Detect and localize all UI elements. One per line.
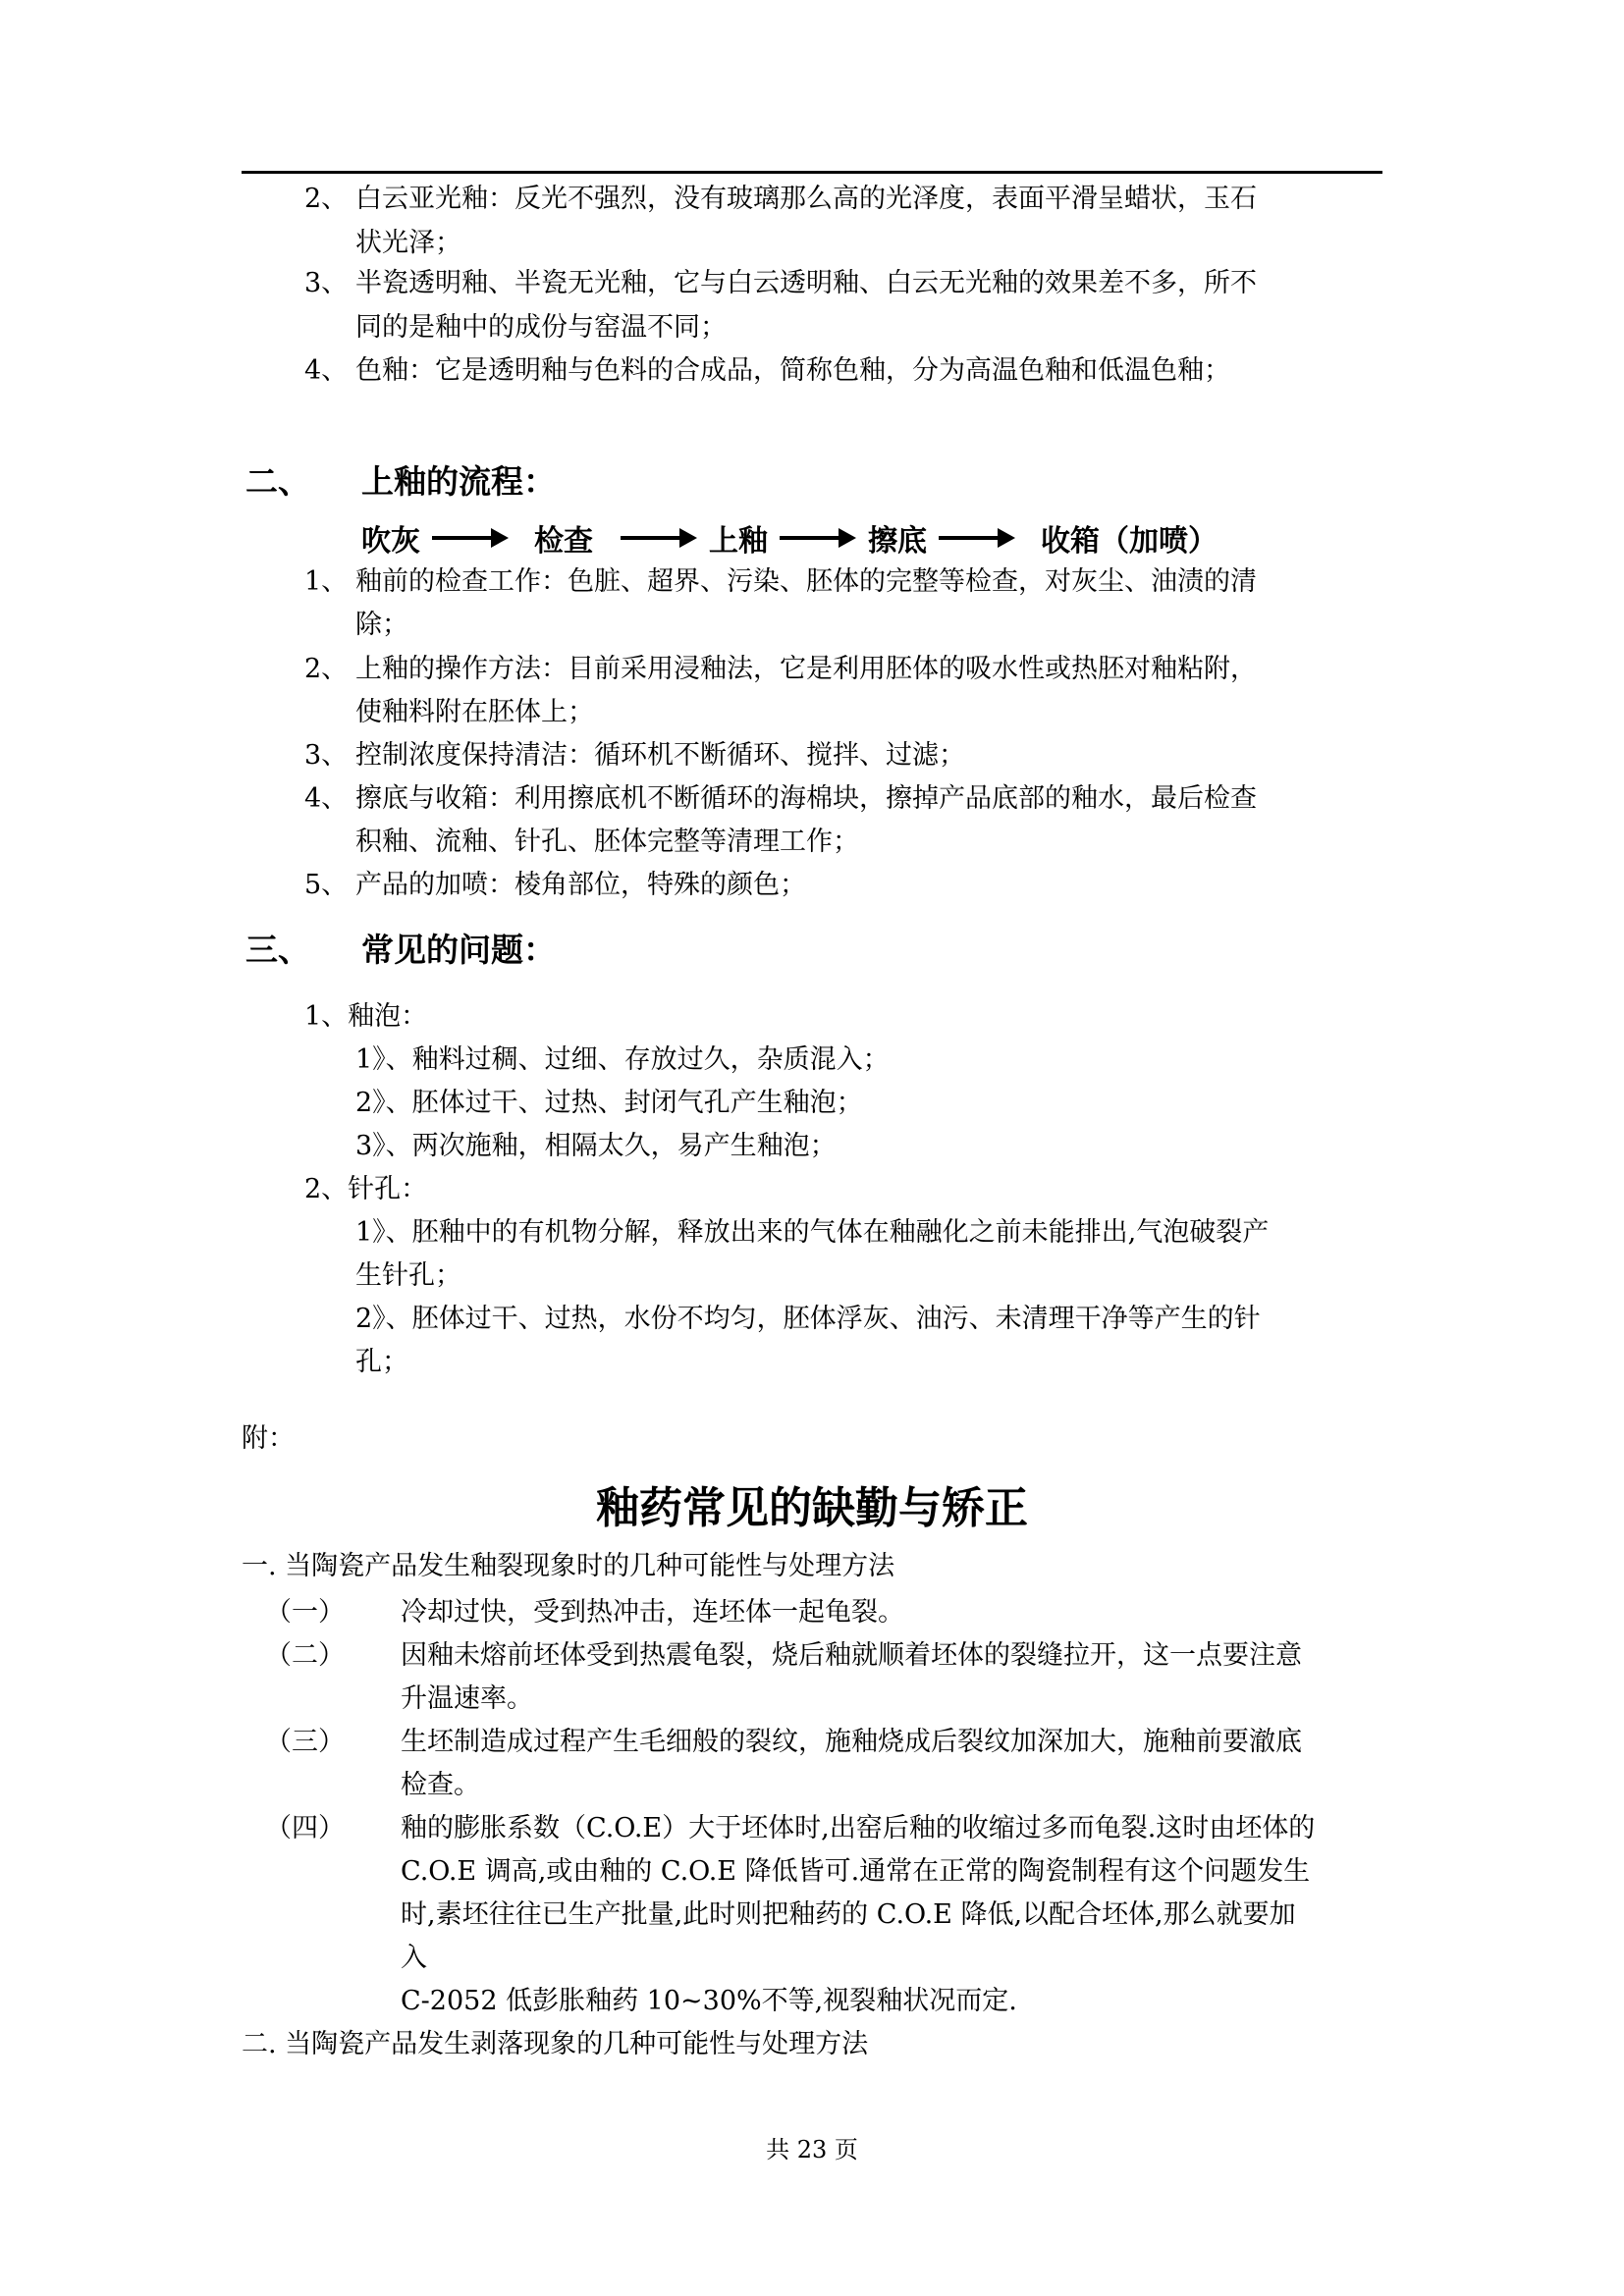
item-text: 使釉料附在胚体上； xyxy=(355,690,594,734)
page-footer: 共 23 页 xyxy=(0,2130,1624,2164)
item-text: 冷却过快，受到热冲击，连坯体一起龟裂。 xyxy=(401,1590,904,1634)
item-text: 3》、两次施釉，相隔太久，易产生釉泡； xyxy=(355,1124,837,1168)
item-num: （二） xyxy=(265,1633,345,1678)
section-title: 常见的问题： xyxy=(361,925,556,971)
item-text: 擦底与收箱：利用擦底机不断循环的海棉块，擦掉产品底部的釉水，最后检查 xyxy=(355,776,1257,821)
item-text: 1》、釉料过稠、过细、存放过久，杂质混入； xyxy=(355,1038,890,1082)
item-text: 上釉的操作方法：目前采用浸釉法，它是利用胚体的吸水性或热胚对釉粘附， xyxy=(355,647,1257,691)
item-text: 2》、胚体过干、过热、封闭气孔产生釉泡； xyxy=(355,1081,863,1125)
item-text: 入 xyxy=(401,1936,427,1980)
arrow-right-icon xyxy=(780,528,856,548)
item-text: 釉前的检查工作：色脏、超界、污染、胚体的完整等检查，对灰尘、油渍的清 xyxy=(355,560,1257,604)
item-text: 1》、胚釉中的有机物分解，释放出来的气体在釉融化之前未能排出,气泡破裂产 xyxy=(355,1210,1269,1255)
section-number: 二、 xyxy=(245,456,310,503)
item-text: 检查。 xyxy=(401,1763,480,1807)
item-text: 产品的加喷：棱角部位，特殊的颜色； xyxy=(355,863,806,907)
item-text: 2》、胚体过干、过热，水份不均匀，胚体浮灰、油污、未清理干净等产生的针 xyxy=(355,1297,1261,1341)
arrow-right-icon xyxy=(939,528,1015,548)
item-text: 生坯制造成过程产生毛细般的裂纹，施釉烧成后裂纹加深加大，施釉前要澈底 xyxy=(401,1720,1302,1764)
item-text: 白云亚光釉：反光不强烈，没有玻璃那么高的光泽度，表面平滑呈蜡状，玉石 xyxy=(355,177,1257,221)
item-text: 升温速率。 xyxy=(401,1677,533,1721)
item-num: 5、 xyxy=(304,863,348,907)
item-text: 状光泽； xyxy=(355,221,461,265)
item-text: 积釉、流釉、针孔、胚体完整等清理工作； xyxy=(355,820,859,864)
arrow-right-icon xyxy=(621,528,697,548)
item-text: 色釉：它是透明釉与色料的合成品，简称色釉，分为高温色釉和低温色釉； xyxy=(355,348,1230,393)
item-num: （三） xyxy=(265,1720,345,1764)
item-text: 同的是釉中的成份与窑温不同； xyxy=(355,305,727,349)
item-text: 除； xyxy=(355,603,408,647)
item-text: 釉的膨胀系数（C.O.E）大于坯体时,出窑后釉的收缩过多而龟裂.这时由坯体的 xyxy=(401,1806,1315,1850)
header-rule xyxy=(242,171,1382,174)
appendix-title: 釉药常见的缺勤与矫正 xyxy=(0,1472,1624,1535)
item-num: 1、 xyxy=(304,560,348,604)
item-num: （四） xyxy=(265,1806,345,1850)
item-num: 4、 xyxy=(304,776,348,821)
document-page: 2、 白云亚光釉：反光不强烈，没有玻璃那么高的光泽度，表面平滑呈蜡状，玉石 状光… xyxy=(0,0,1624,2296)
appendix-label: 附： xyxy=(242,1416,295,1461)
item-num: （一） xyxy=(265,1590,345,1634)
item-num: 4、 xyxy=(304,348,348,393)
section-title: 上釉的流程： xyxy=(361,456,556,503)
subsection-label: 2、针孔： xyxy=(304,1167,427,1211)
process-flow: 吹灰 检查 上釉 擦底 收箱（加喷） xyxy=(361,515,1218,560)
flow-step: 吹灰 xyxy=(361,516,420,560)
item-text: 控制浓度保持清洁：循环机不断循环、搅拌、过滤； xyxy=(355,733,965,777)
item-num: 3、 xyxy=(304,733,348,777)
flow-step: 上釉 xyxy=(709,516,768,560)
item-text: 生针孔； xyxy=(355,1254,461,1298)
item-text: 孔； xyxy=(355,1340,408,1384)
item-text: 时,素坯往往已生产批量,此时则把釉药的 C.O.E 降低,以配合坯体,那么就要加 xyxy=(401,1893,1296,1937)
item-text: 因釉未熔前坯体受到热震龟裂，烧后釉就顺着坯体的裂缝拉开，这一点要注意 xyxy=(401,1633,1302,1678)
arrow-right-icon xyxy=(432,528,509,548)
flow-step: 检查 xyxy=(534,516,593,560)
flow-step: 擦底 xyxy=(868,516,927,560)
item-num: 2、 xyxy=(304,647,348,691)
part-heading: 二. 当陶瓷产品发生剥落现象的几种可能性与处理方法 xyxy=(242,2022,868,2066)
part-heading: 一. 当陶瓷产品发生釉裂现象时的几种可能性与处理方法 xyxy=(242,1544,894,1588)
subsection-label: 1、釉泡： xyxy=(304,994,427,1039)
flow-step: 收箱（加喷） xyxy=(1041,516,1218,560)
item-text: C.O.E 调高,或由釉的 C.O.E 降低皆可.通常在正常的陶瓷制程有这个问题… xyxy=(401,1849,1310,1894)
item-num: 2、 xyxy=(304,177,348,221)
item-num: 3、 xyxy=(304,261,348,305)
section-number: 三、 xyxy=(245,925,310,971)
item-text: 半瓷透明釉、半瓷无光釉，它与白云透明釉、白云无光釉的效果差不多，所不 xyxy=(355,261,1257,305)
item-text: C-2052 低彭胀釉药 10~30%不等,视裂釉状况而定. xyxy=(401,1979,1017,2023)
